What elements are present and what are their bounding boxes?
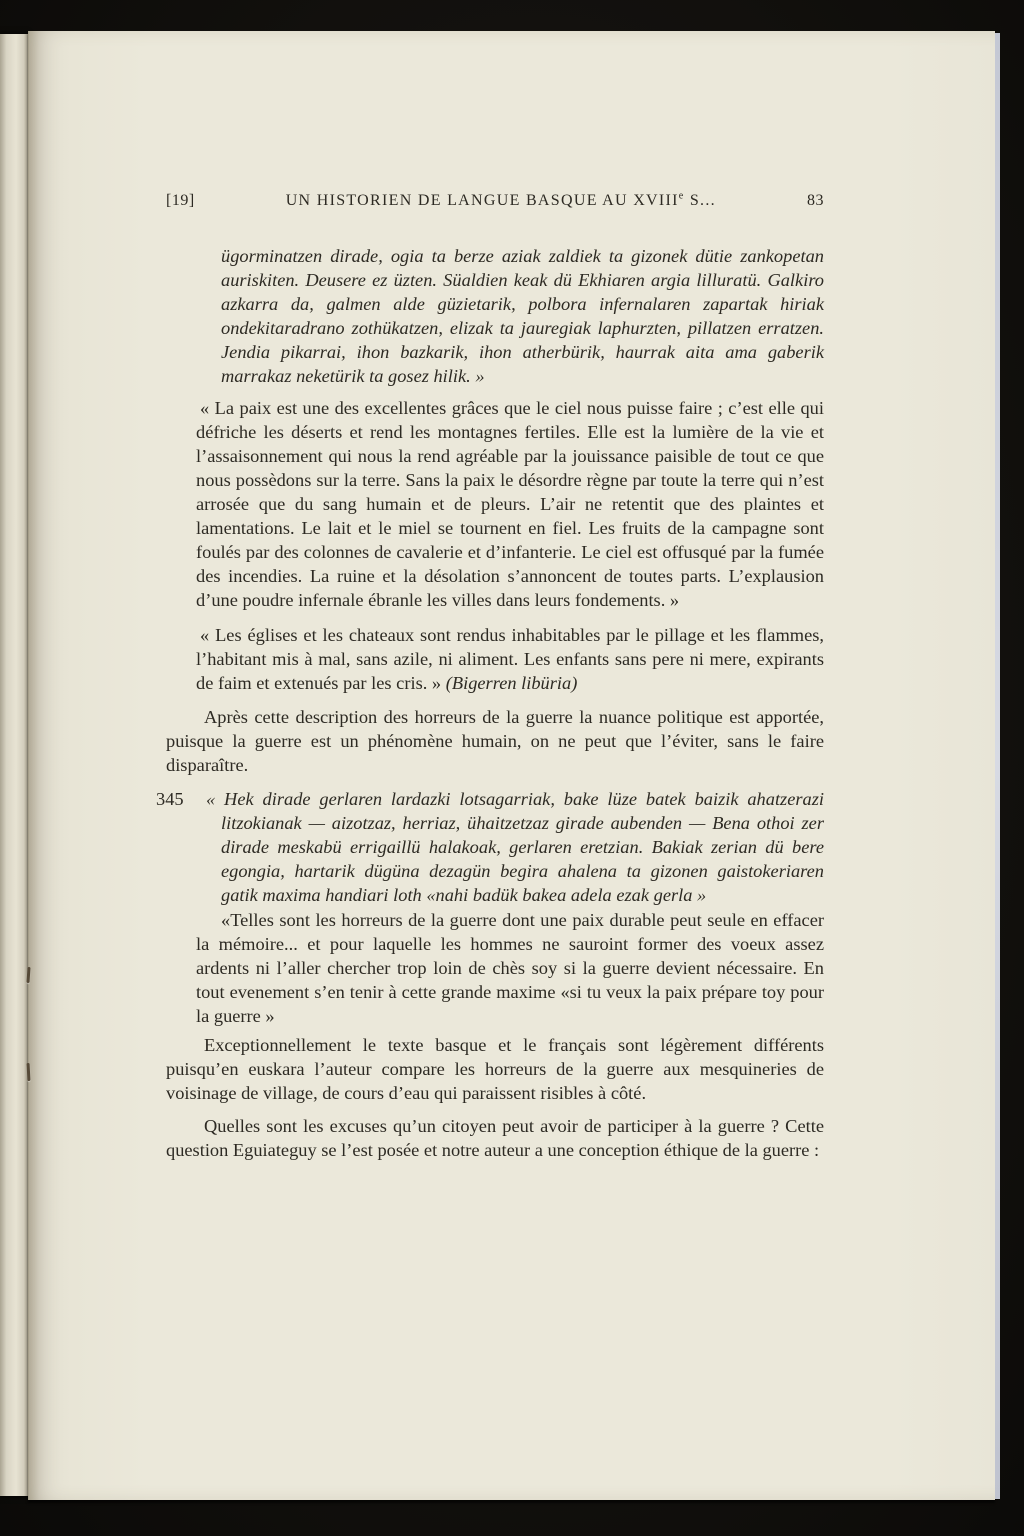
paper-cut-edge (995, 33, 1000, 1499)
binding-stitch (26, 967, 30, 983)
binding-stitch (27, 1063, 31, 1081)
book-page: [19] UN HISTORIEN DE LANGUE BASQUE AU XV… (28, 31, 995, 1500)
numbered-basque-quote: 345« Hek dirade gerlaren lardazki lotsag… (221, 787, 824, 907)
page-number: 83 (807, 189, 824, 213)
page-content: [19] UN HISTORIEN DE LANGUE BASQUE AU XV… (166, 31, 824, 1162)
running-title-text: UN HISTORIEN DE LANGUE BASQUE AU XVIII (286, 192, 679, 209)
exception-paragraph: Exceptionnellement le texte basque et le… (166, 1033, 824, 1105)
running-title: UN HISTORIEN DE LANGUE BASQUE AU XVIIIe … (286, 189, 716, 213)
churches-quote-french: « Les églises et les chateaux sont rendu… (196, 623, 824, 695)
page-header: [19] UN HISTORIEN DE LANGUE BASQUE AU XV… (166, 189, 824, 213)
question-paragraph: Quelles sont les excuses qu’un citoyen p… (166, 1114, 824, 1162)
facing-page-edge (0, 34, 29, 1496)
photo-backdrop: [19] UN HISTORIEN DE LANGUE BASQUE AU XV… (0, 0, 1024, 1536)
citation-source: (Bigerren libüria) (446, 673, 578, 693)
war-horrors-quote-french: «Telles sont les horreurs de la guerre d… (196, 908, 824, 1028)
quote-text: « Hek dirade gerlaren lardazki lotsagarr… (206, 789, 824, 905)
basque-quote: ügorminatzen dirade, ogia ta berze aziak… (221, 244, 824, 388)
margin-reference: [19] (166, 189, 195, 213)
running-title-tail: S... (685, 192, 716, 209)
peace-quote-french: « La paix est une des excellentes grâces… (196, 396, 824, 612)
commentary-paragraph: Après cette description des horreurs de … (166, 705, 824, 777)
verse-number: 345 (156, 787, 184, 811)
